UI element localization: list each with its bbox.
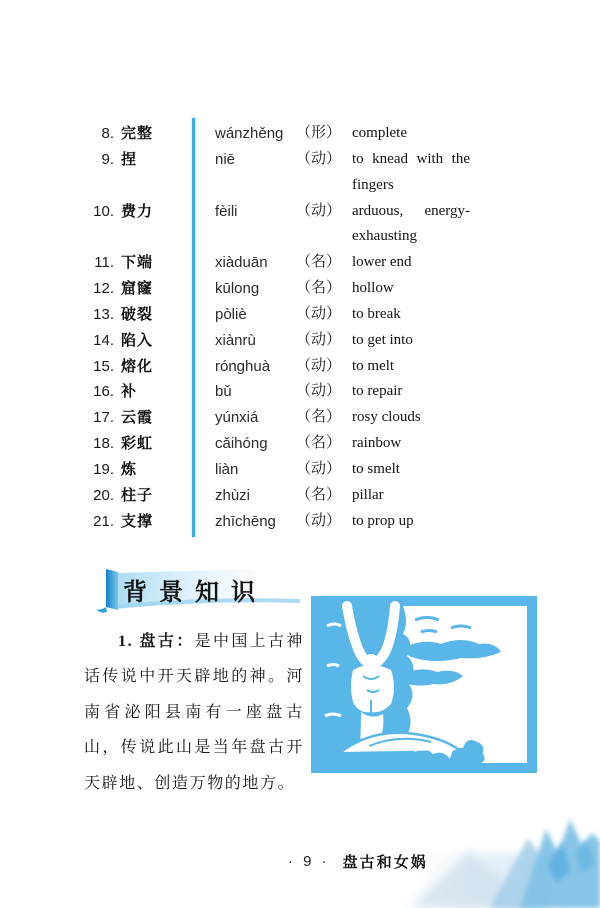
page-footer: · 9 · 盘古和女娲	[288, 851, 428, 872]
vocab-translation: to prop up	[352, 509, 470, 535]
vocab-word: 补	[121, 379, 192, 405]
vocab-word: 熔化	[121, 354, 192, 380]
vocab-number: 8.	[86, 121, 114, 147]
vocab-word: 炼	[121, 457, 192, 483]
vocab-pos: （动）	[296, 199, 352, 225]
vocab-row: 11. 下端 xiàduān （名） lower end	[86, 250, 572, 276]
vocab-word: 捏	[121, 147, 192, 173]
vocab-word: 彩虹	[121, 431, 192, 457]
vocab-translation: arduous, energy-exhausting	[352, 199, 470, 251]
vocab-number: 15.	[86, 354, 114, 380]
vocab-translation: rosy clouds	[352, 405, 470, 431]
vocab-pos: （名）	[296, 405, 352, 431]
vocab-word: 云霞	[121, 405, 192, 431]
vocab-translation: pillar	[352, 483, 470, 509]
vocab-number: 16.	[86, 379, 114, 405]
vocab-pos: （名）	[296, 431, 352, 457]
vocab-number: 17.	[86, 405, 114, 431]
vocab-translation: lower end	[352, 250, 470, 276]
vocab-pinyin: liàn	[215, 457, 296, 483]
vocab-row: 21. 支撑 zhīchēng （动） to prop up	[86, 509, 572, 535]
vocab-pinyin: zhīchēng	[215, 509, 296, 535]
vocab-translation: complete	[352, 121, 470, 147]
vocab-pinyin: kūlong	[215, 276, 296, 302]
pangu-papercut-graphic	[311, 596, 537, 773]
vocab-pinyin: bǔ	[215, 379, 296, 405]
vocab-translation: to break	[352, 302, 470, 328]
vocab-row: 14. 陷入 xiànrù （动） to get into	[86, 328, 572, 354]
vocab-row: 18. 彩虹 cǎihóng （名） rainbow	[86, 431, 572, 457]
vocab-row: 16. 补 bǔ （动） to repair	[86, 379, 572, 405]
vocab-divider-line	[192, 118, 195, 537]
vocab-pinyin: wánzhěng	[215, 121, 296, 147]
note-body: 是中国上古神话传说中开天辟地的神。河南省泌阳县南有一座盘古山，传说此山是当年盘古…	[84, 633, 304, 792]
vocab-word: 支撑	[121, 509, 192, 535]
vocab-number: 12.	[86, 276, 114, 302]
vocab-row: 8. 完整 wánzhěng （形） complete	[86, 121, 572, 147]
vocab-pos: （名）	[296, 483, 352, 509]
vocab-number: 14.	[86, 328, 114, 354]
vocab-number: 13.	[86, 302, 114, 328]
vocab-word: 破裂	[121, 302, 192, 328]
vocab-translation: to smelt	[352, 457, 470, 483]
vocab-pinyin: yúnxiá	[215, 405, 296, 431]
vocab-translation: to knead with the fingers	[352, 147, 470, 199]
vocab-pos: （名）	[296, 250, 352, 276]
vocab-row: 13. 破裂 pòliè （动） to break	[86, 302, 572, 328]
vocab-translation: to melt	[352, 354, 470, 380]
vocab-pos: （动）	[296, 302, 352, 328]
vocab-translation: hollow	[352, 276, 470, 302]
vocab-row: 20. 柱子 zhùzi （名） pillar	[86, 483, 572, 509]
vocab-word: 柱子	[121, 483, 192, 509]
vocab-translation: to get into	[352, 328, 470, 354]
background-note: 1. 盘古：是中国上古神话传说中开天辟地的神。河南省泌阳县南有一座盘古山，传说此…	[84, 624, 304, 801]
vocab-word: 下端	[121, 250, 192, 276]
book-title: 盘古和女娲	[343, 851, 428, 872]
vocab-pos: （形）	[296, 121, 352, 147]
vocab-pinyin: pòliè	[215, 302, 296, 328]
vocab-number: 10.	[86, 199, 114, 225]
vocab-pos: （动）	[296, 379, 352, 405]
vocab-pos: （动）	[296, 457, 352, 483]
vocab-pos: （动）	[296, 328, 352, 354]
vocab-number: 9.	[86, 147, 114, 173]
vocab-pos: （动）	[296, 509, 352, 535]
vocab-number: 19.	[86, 457, 114, 483]
vocab-word: 陷入	[121, 328, 192, 354]
vocab-pinyin: fèili	[215, 199, 296, 225]
book-page: 8. 完整 wánzhěng （形） complete 9. 捏 niē （动）…	[0, 0, 600, 908]
vocab-word: 费力	[121, 199, 192, 225]
vocab-row: 10. 费力 fèili （动） arduous, energy-exhaust…	[86, 199, 572, 251]
vocab-list: 8. 完整 wánzhěng （形） complete 9. 捏 niē （动）…	[86, 121, 572, 535]
vocab-pos: （动）	[296, 147, 352, 173]
vocab-row: 19. 炼 liàn （动） to smelt	[86, 457, 572, 483]
vocab-number: 21.	[86, 509, 114, 535]
vocab-number: 18.	[86, 431, 114, 457]
vocab-translation: to repair	[352, 379, 470, 405]
vocab-pinyin: xiàduān	[215, 250, 296, 276]
section-title: 背景知识	[123, 572, 267, 607]
vocab-pinyin: rónghuà	[215, 354, 296, 380]
pangu-papercut-illustration	[311, 596, 537, 773]
background-knowledge-banner: 背景知识	[96, 566, 308, 614]
vocab-translation: rainbow	[352, 431, 470, 457]
vocab-pos: （名）	[296, 276, 352, 302]
vocab-word: 窟窿	[121, 276, 192, 302]
vocab-pinyin: cǎihóng	[215, 431, 296, 457]
page-number: · 9 ·	[288, 853, 330, 870]
vocab-row: 17. 云霞 yúnxiá （名） rosy clouds	[86, 405, 572, 431]
vocab-number: 20.	[86, 483, 114, 509]
vocab-word: 完整	[121, 121, 192, 147]
vocab-pos: （动）	[296, 354, 352, 380]
vocab-row: 12. 窟窿 kūlong （名） hollow	[86, 276, 572, 302]
vocab-pinyin: niē	[215, 147, 296, 173]
note-lead: 1. 盘古：	[118, 633, 195, 650]
vocab-number: 11.	[86, 250, 114, 276]
vocab-row: 9. 捏 niē （动） to knead with the fingers	[86, 147, 572, 199]
vocab-pinyin: xiànrù	[215, 328, 296, 354]
vocab-pinyin: zhùzi	[215, 483, 296, 509]
vocab-row: 15. 熔化 rónghuà （动） to melt	[86, 354, 572, 380]
